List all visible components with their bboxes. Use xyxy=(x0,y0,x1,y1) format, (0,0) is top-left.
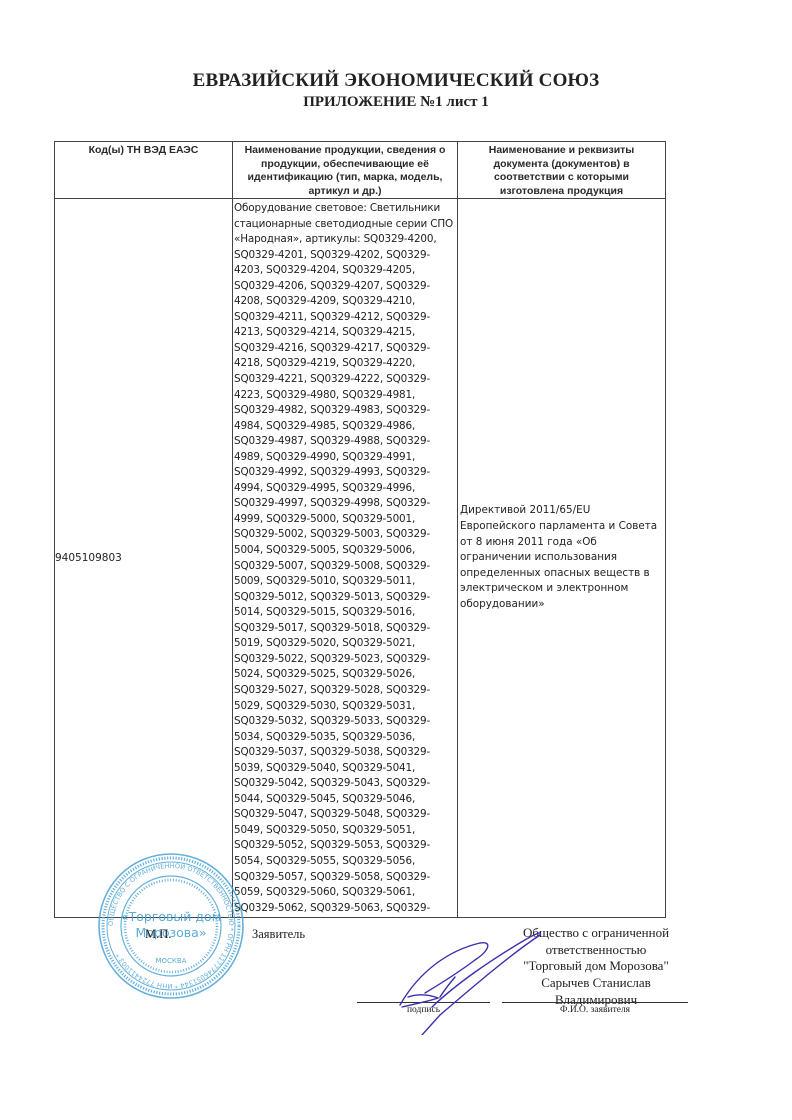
column-header-code: Код(ы) ТН ВЭД ЕАЭС xyxy=(55,142,233,199)
company-seal: ОБЩЕСТВО С ОГРАНИЧЕННОЙ ОТВЕТСТВЕННОСТЬЮ… xyxy=(96,851,246,1001)
standard-document: Директивой 2011/65/EU Европейского парла… xyxy=(460,504,657,610)
appendix-title: ПРИЛОЖЕНИЕ №1 лист 1 xyxy=(0,94,792,111)
seal-city: МОСКВА xyxy=(156,957,187,965)
column-header-document: Наименование и реквизиты документа (доку… xyxy=(458,142,666,199)
standard-document-cell: Директивой 2011/65/EU Европейского парла… xyxy=(458,199,666,918)
hs-code-cell: 9405109803 xyxy=(55,199,233,918)
handwritten-signature xyxy=(380,915,580,1035)
union-title: ЕВРАЗИЙСКИЙ ЭКОНОМИЧЕСКИЙ СОЮЗ xyxy=(0,70,792,92)
product-description-cell: Оборудование световое: Светильники стаци… xyxy=(233,199,458,918)
product-description: Оборудование световое: Светильники стаци… xyxy=(234,201,455,917)
table-header-row: Код(ы) ТН ВЭД ЕАЭС Наименование продукци… xyxy=(55,142,666,199)
table-row: 9405109803 Оборудование световое: Светил… xyxy=(55,199,666,918)
column-header-product: Наименование продукции, сведения о проду… xyxy=(233,142,458,199)
applicant-label: Заявитель xyxy=(252,927,305,942)
seal-center-text-1: «Торговый дом xyxy=(121,909,221,924)
hs-code: 9405109803 xyxy=(55,552,122,564)
seal-placeholder-label: М.П. xyxy=(145,927,171,942)
product-table: Код(ы) ТН ВЭД ЕАЭС Наименование продукци… xyxy=(54,141,666,918)
